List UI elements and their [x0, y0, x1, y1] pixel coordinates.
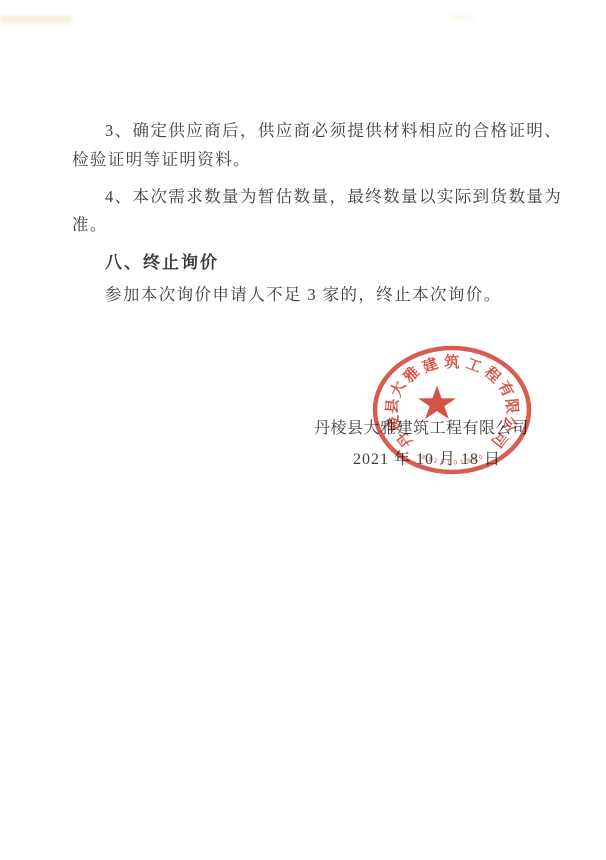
svg-text:有: 有 — [495, 378, 518, 399]
section-header: 八、终止询价 — [105, 248, 219, 273]
signature-date: 2021 年 10 月 18 日 — [353, 446, 501, 469]
paragraph-4-line-1: 4、本次需求数量为暂估数量，最终数量以实际到货数量为 — [72, 183, 530, 211]
svg-text:雅: 雅 — [400, 363, 423, 386]
svg-text:筑: 筑 — [444, 353, 459, 371]
svg-text:工: 工 — [464, 356, 484, 376]
section-body: 参加本次询价申请人不足 3 家的，终止本次询价。 — [105, 281, 530, 309]
paragraph-3-line-1: 3、确定供应商后，供应商必须提供材料相应的合格证明、 — [72, 117, 530, 145]
svg-text:大: 大 — [388, 379, 410, 400]
paragraph-4-line-2: 准。 — [72, 211, 530, 239]
svg-text:县: 县 — [384, 398, 402, 414]
star-icon — [418, 386, 456, 419]
signature-company-name: 丹棱县大雅建筑工程有限公司 — [314, 415, 529, 438]
svg-text:程: 程 — [481, 363, 504, 386]
svg-text:限: 限 — [502, 398, 521, 414]
paragraph-3-line-2: 检验证明等证明资料。 — [72, 146, 530, 174]
svg-text:建: 建 — [420, 355, 440, 376]
scanned-document-page: 3、确定供应商后，供应商必须提供材料相应的合格证明、 检验证明等证明资料。 4、… — [0, 0, 606, 860]
scan-artifact — [450, 14, 474, 20]
scan-artifact — [0, 16, 72, 23]
